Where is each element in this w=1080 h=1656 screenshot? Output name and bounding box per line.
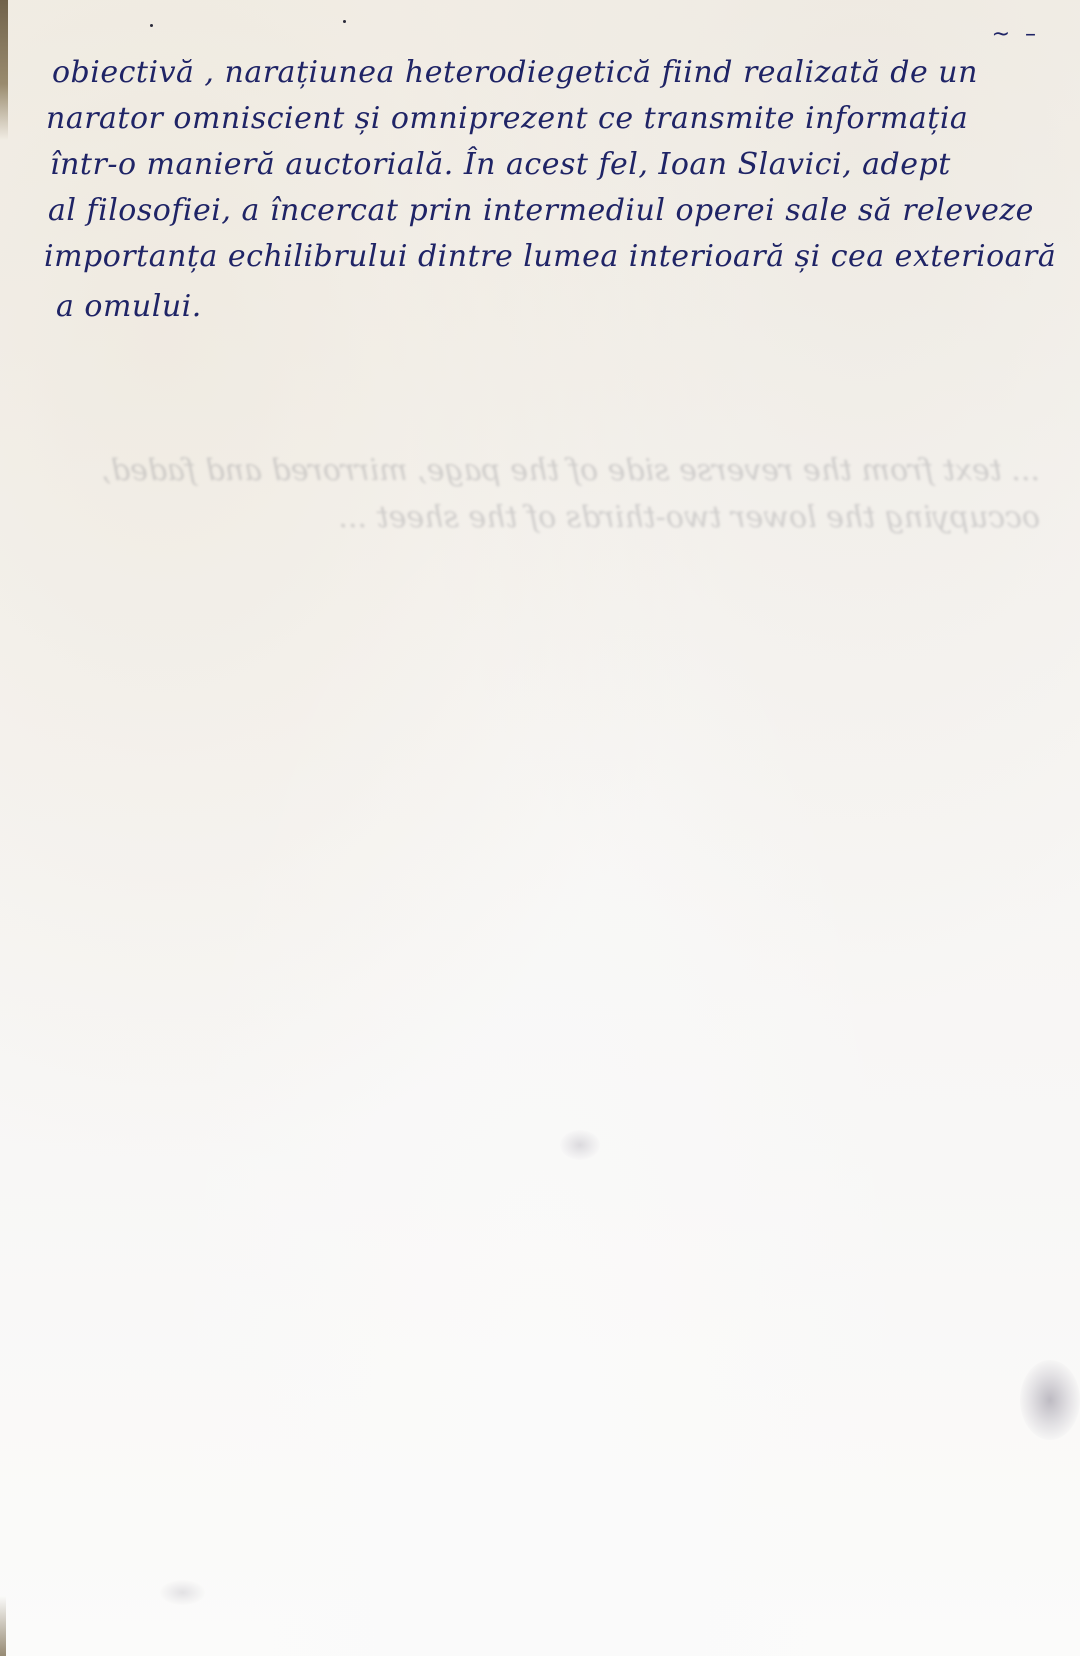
handwritten-line: al filosofiei, a încercat prin intermedi… [44, 188, 1064, 234]
handwritten-line: a omului. [44, 284, 1064, 330]
handwritten-line: importanța echilibrului dintre lumea int… [44, 234, 1064, 280]
ink-dot [150, 24, 153, 27]
ink-smudge [1020, 1360, 1080, 1440]
handwritten-paragraph: obiectivă , narațiunea heterodiegetică f… [44, 50, 1064, 330]
notebook-page: ~ – ... text from the reverse side of th… [0, 0, 1080, 1656]
corner-mark: ~ – [992, 22, 1040, 47]
page-edge-shadow [0, 0, 8, 140]
handwritten-line: într-o manieră auctorială. În acest fel,… [44, 142, 1064, 188]
bleed-through-content: ... text from the reverse side of the pa… [101, 453, 1040, 535]
bleed-through-text: ... text from the reverse side of the pa… [60, 400, 1040, 541]
ink-smudge [160, 1580, 205, 1605]
handwritten-line: obiectivă , narațiunea heterodiegetică f… [44, 50, 1064, 96]
handwritten-line: narator omniscient și omniprezent ce tra… [44, 96, 1064, 142]
page-edge-shadow-bottom [0, 1596, 6, 1656]
ink-smudge [560, 1130, 600, 1160]
ink-dot [343, 20, 346, 23]
